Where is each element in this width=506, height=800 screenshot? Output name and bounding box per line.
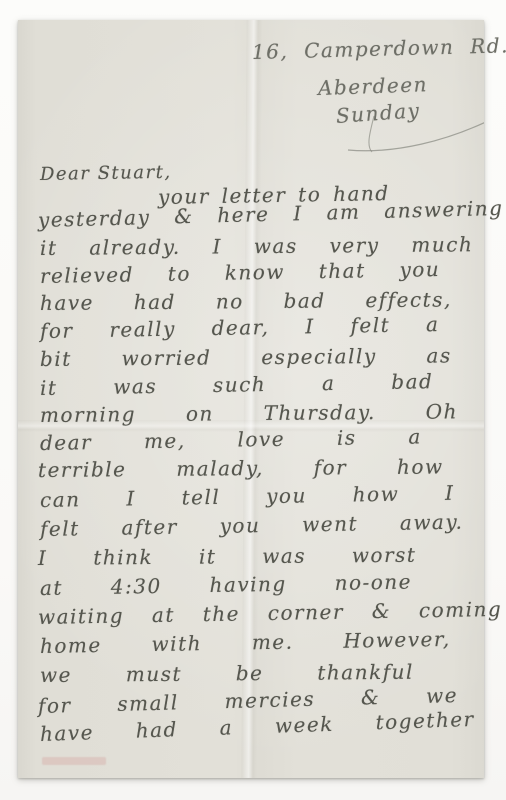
date-line: Sunday [335,98,421,128]
handwriting-line: felt after you went away. [40,510,464,541]
handwriting-line: I think it was worst [38,543,417,570]
handwriting-line: relieved to know that you [40,257,441,288]
handwriting-line: terrible malady, for how [38,454,444,482]
handwriting-line: yesterday & here I am answering [38,196,504,232]
photograph-background: 16, Camperdown Rd. Aberdeen Sunday Dear … [0,0,506,800]
handwriting-line: morning on Thursday. Oh [40,399,458,427]
letter-page: 16, Camperdown Rd. Aberdeen Sunday Dear … [18,20,484,778]
handwriting-line: bit worried especially as [40,343,452,371]
handwriting-line: it already. I was very much [40,232,473,260]
salutation: Dear Stuart, [40,162,172,185]
handwriting-line: home with me. However, [40,627,451,658]
handwriting-line: it was such a bad [40,369,434,400]
accession-mark [42,757,106,765]
handwriting-line: we must be thankful [40,660,414,687]
handwriting-line: for really dear, I felt a [40,312,440,343]
address-line-2: Aberdeen [318,72,429,100]
handwriting-line: at 4:30 having no-one [40,570,412,600]
handwriting-line: waiting at the corner & coming [38,597,503,629]
address-line-1: 16, Camperdown Rd. [252,33,506,64]
handwriting-line: can I tell you how I [40,481,455,512]
handwriting-line: have had no bad effects, [40,287,452,315]
